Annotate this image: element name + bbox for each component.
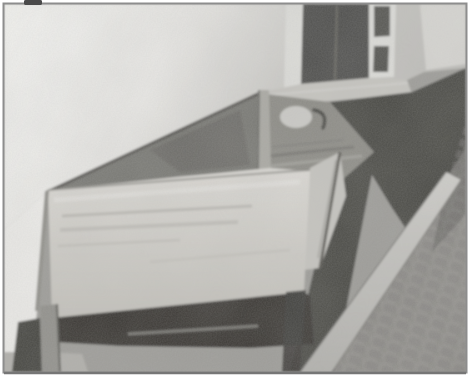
top-edge-smudge (24, 0, 42, 5)
photo-content (0, 0, 474, 385)
photo-canvas (0, 0, 474, 385)
photo-figure (0, 0, 474, 385)
film-grain (4, 4, 466, 372)
